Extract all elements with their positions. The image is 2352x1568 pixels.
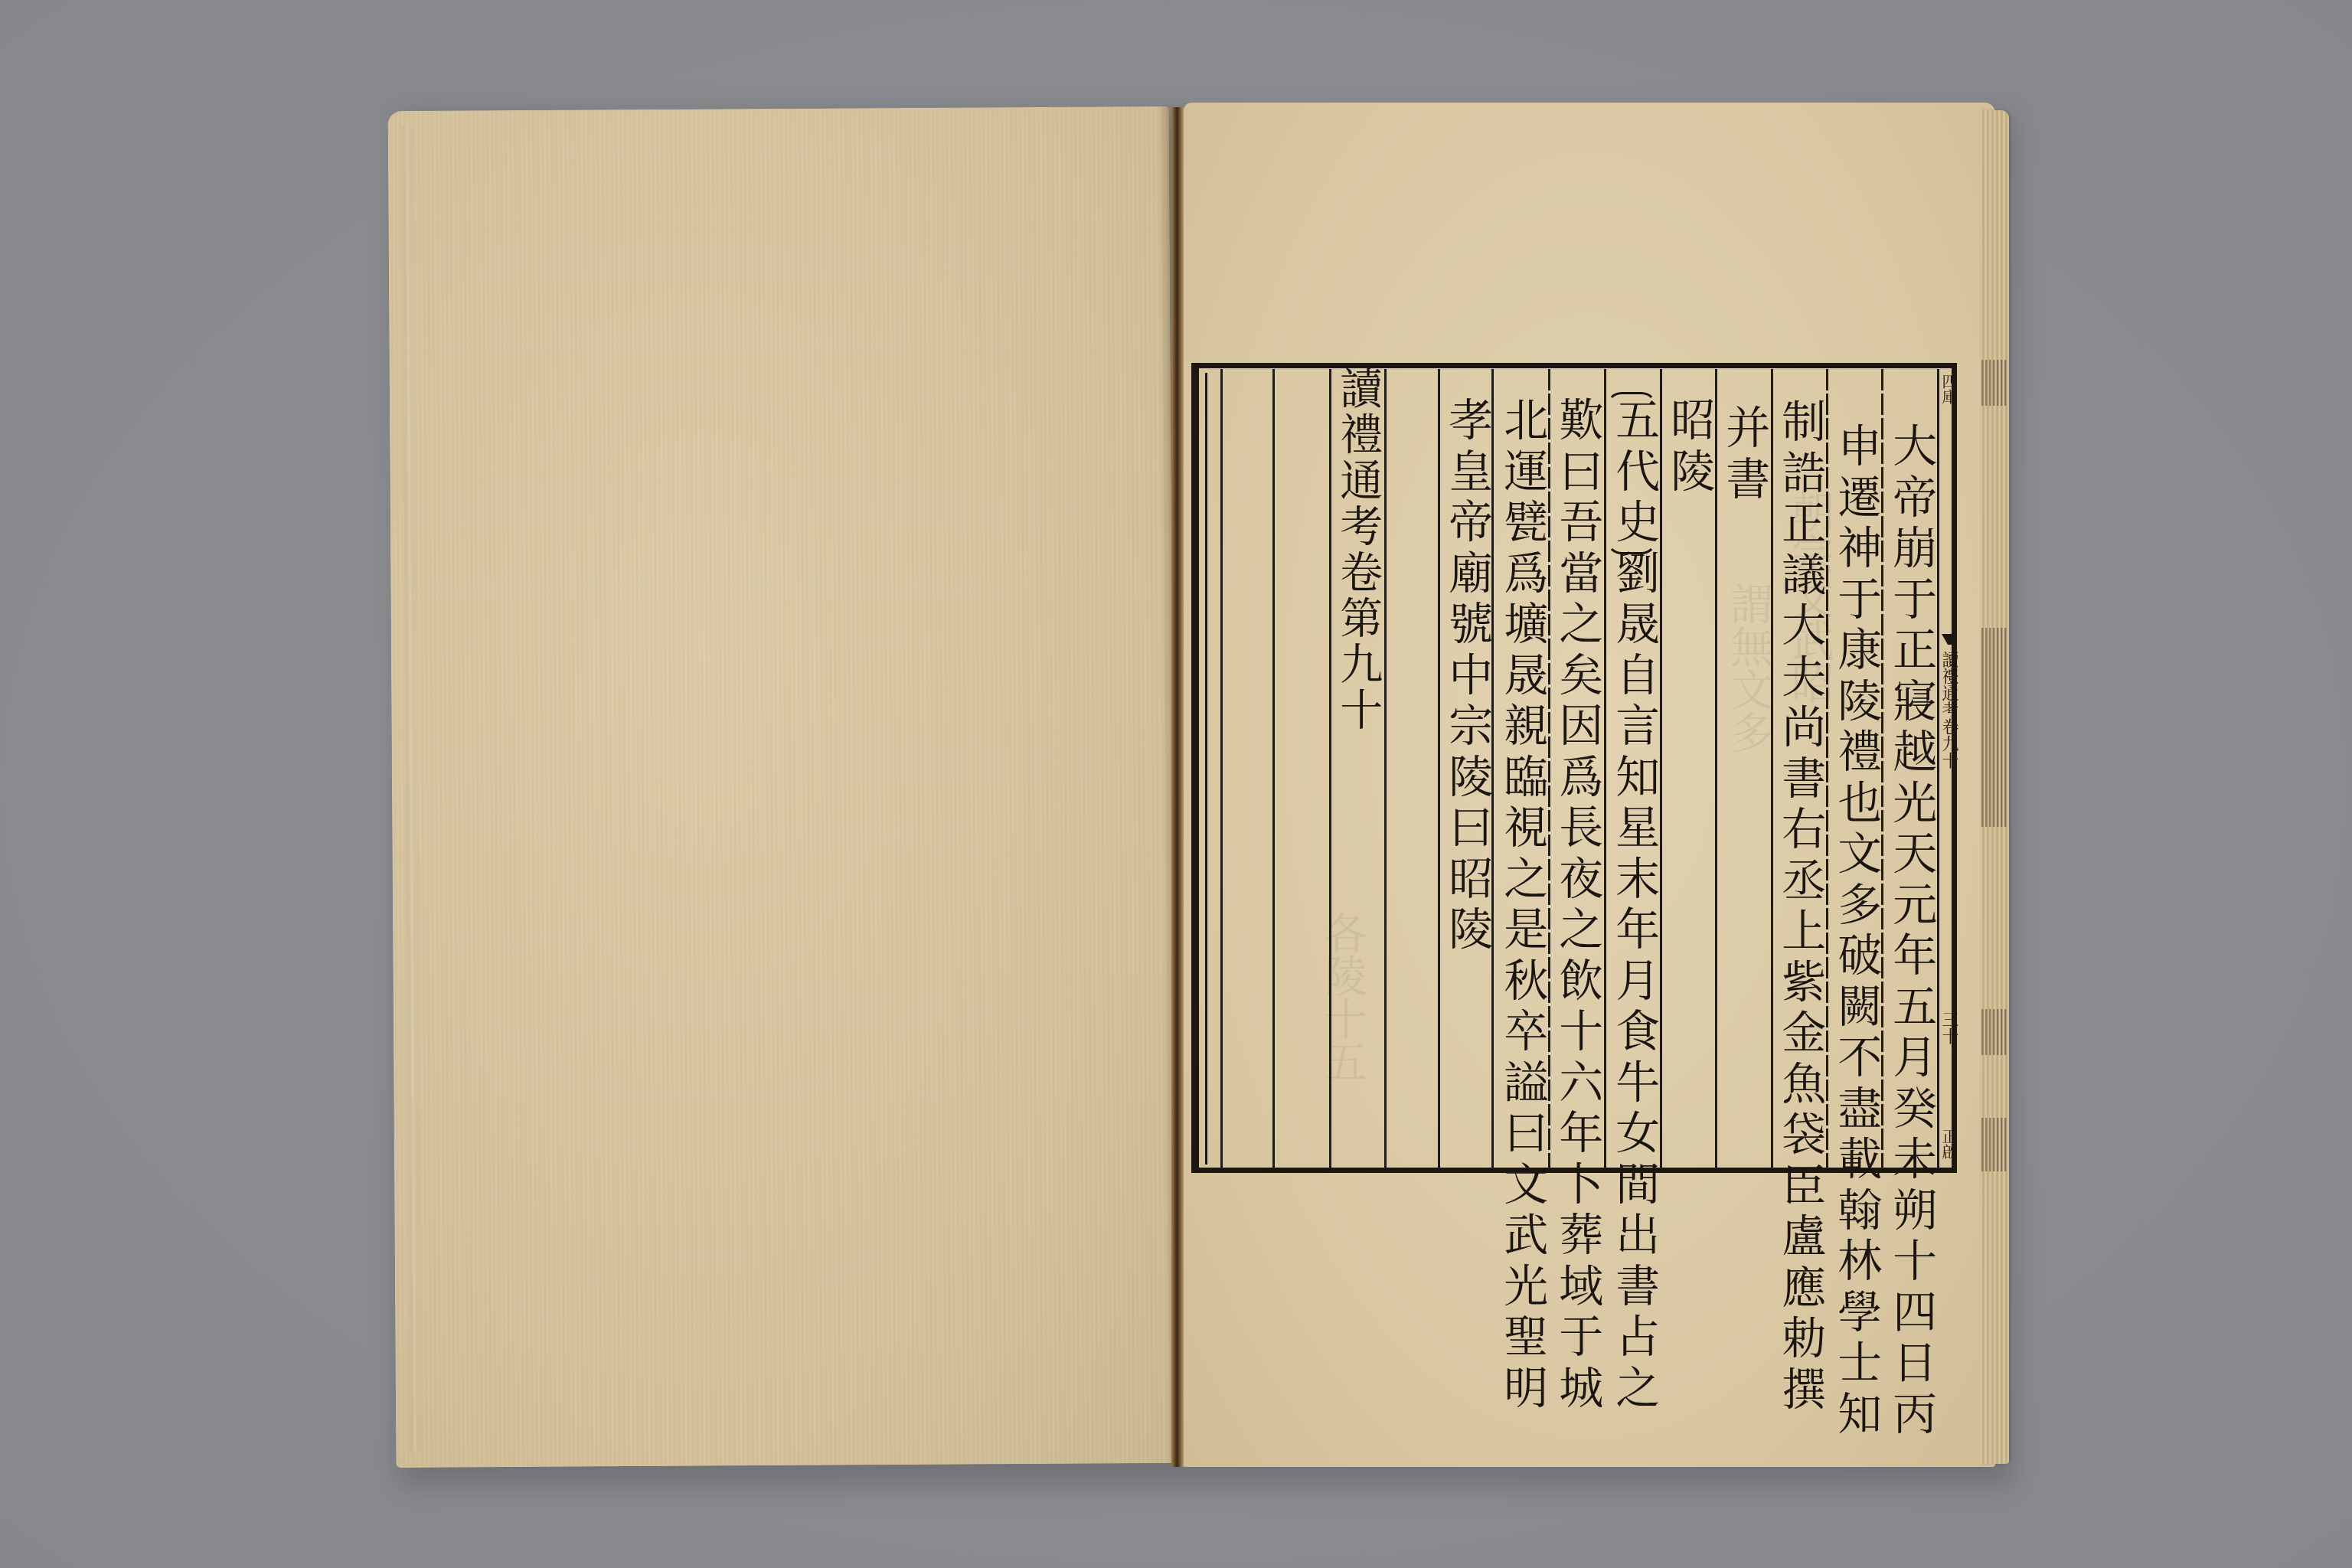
- frame-inner-line: [1205, 373, 1207, 1165]
- left-page-blank: [388, 106, 1178, 1468]
- banxin-top-text: 四庫: [1940, 374, 1957, 404]
- text-column-4: 并書: [1717, 397, 1772, 506]
- volume-title-column: 讀禮通考卷第九十: [1332, 366, 1383, 733]
- column-text: 北運甓爲壙晟親臨視之是秋卒謚曰文武光聖明: [1497, 397, 1548, 1415]
- column-rule: [1329, 369, 1331, 1168]
- banxin-page-number-text: 三十: [1939, 1011, 1958, 1044]
- banxin-bottom-label: 正啟: [1940, 1129, 1957, 1159]
- page-edge-ink: [1981, 628, 2007, 827]
- page-edge-ink: [1981, 1118, 2007, 1171]
- banxin-title-text: 讀禮通考卷九十: [1939, 651, 1958, 769]
- text-column-9: 孝皇帝廟號中宗陵曰昭陵: [1439, 397, 1494, 957]
- column-text: 歎曰吾當之矣因爲長夜之飲十六年卜葬域于城: [1552, 397, 1603, 1415]
- column-rule: [1272, 369, 1275, 1168]
- blank-column: [1223, 369, 1272, 1168]
- column-text: 孝皇帝廟號中宗陵曰昭陵: [1442, 397, 1493, 957]
- text-column-8: 北運甓爲壙晟親臨視之是秋卒謚曰文武光聖明: [1494, 397, 1550, 1415]
- book-gutter: [1171, 107, 1184, 1467]
- volume-title-text: 讀禮通考卷第九十: [1332, 366, 1383, 733]
- column-rule: [1220, 369, 1223, 1168]
- left-page-fold: [402, 126, 421, 1452]
- text-column-2: 申遷神于康陵禮也文多破闕不盡載翰林學士知: [1828, 423, 1883, 1441]
- column-text: 并書: [1719, 397, 1770, 506]
- banxin-bottom-text: 正啟: [1940, 1129, 1957, 1159]
- column-text: 大帝崩于正寢越光天元年五月癸未朔十四日丙: [1886, 423, 1937, 1441]
- column-rule: [1384, 369, 1387, 1168]
- bracket-mark: [1606, 392, 1657, 554]
- banxin-page-number: 三十: [1940, 1011, 1957, 1044]
- banxin-title: 讀禮通考卷九十: [1940, 651, 1957, 769]
- text-column-5: 昭陵: [1661, 397, 1717, 498]
- page-edge-ink: [1981, 360, 2007, 406]
- banxin-top-label: 四庫: [1940, 374, 1957, 404]
- column-text: 制誥正議大夫尚書右丞上紫金魚袋臣盧應勅撰: [1775, 398, 1826, 1416]
- column-text: 申遷神于康陵禮也文多破闕不盡載翰林學士知: [1831, 423, 1882, 1441]
- blank-column: [1276, 369, 1329, 1168]
- column-text: 昭陵: [1664, 397, 1715, 498]
- page-edge-ink: [1981, 1009, 2007, 1055]
- text-column-7: 歎曰吾當之矣因爲長夜之飲十六年卜葬域于城: [1550, 397, 1605, 1415]
- text-column-1: 大帝崩于正寢越光天元年五月癸未朔十四日丙: [1883, 423, 1939, 1441]
- text-column-3: 制誥正議大夫尚書右丞上紫金魚袋臣盧應勅撰: [1772, 398, 1828, 1416]
